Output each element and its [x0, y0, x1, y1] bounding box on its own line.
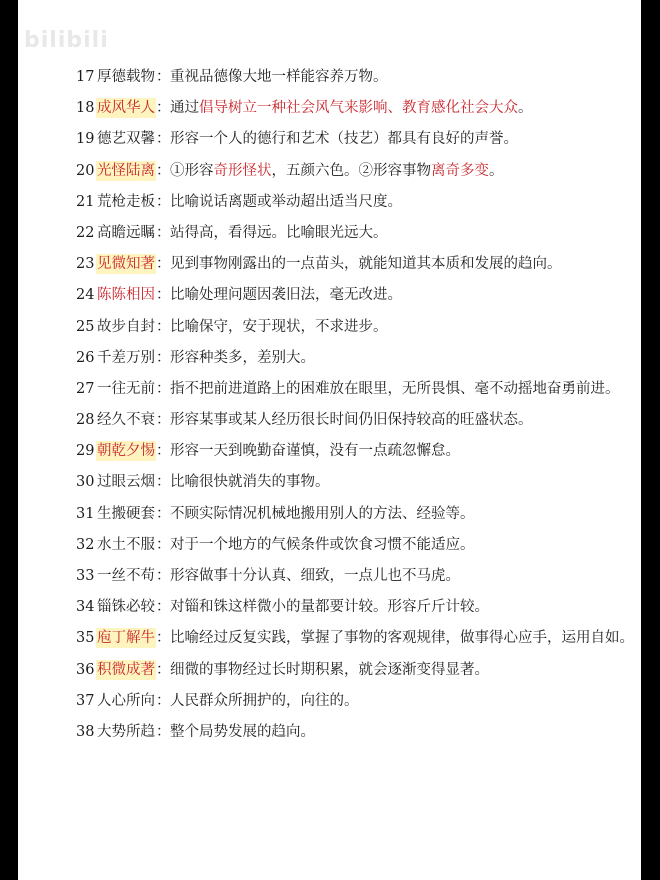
separator: ： [156, 472, 170, 492]
idiom-definition: 形容一天到晚勤奋谨慎，没有一点疏忽懈怠。 [170, 441, 636, 461]
idiom-term: 德艺双馨 [96, 129, 156, 149]
separator: ： [156, 628, 170, 648]
idiom-entry: 38大势所趋：整个局势发展的趋向。 [76, 722, 636, 742]
idiom-term: 积微成著 [96, 660, 156, 680]
separator: ： [156, 129, 170, 149]
entry-number: 36 [76, 660, 96, 680]
idiom-term: 锱铢必较 [96, 597, 156, 617]
header-watermark: bilibili [24, 28, 109, 52]
separator: ： [156, 223, 170, 243]
idiom-entry: 18成风华人：通过倡导树立一种社会风气来影响、教育感化社会大众。 [76, 98, 636, 118]
separator: ： [156, 161, 170, 181]
entry-number: 28 [76, 410, 96, 430]
entry-number: 37 [76, 691, 96, 711]
entry-number: 32 [76, 535, 96, 555]
separator: ： [156, 597, 170, 617]
entry-number: 34 [76, 597, 96, 617]
definition-text: 通过 [170, 100, 199, 116]
idiom-definition: 人民群众所拥护的，向往的。 [170, 691, 636, 711]
idiom-definition: 比喻说话离题或举动超出适当尺度。 [170, 192, 636, 212]
idiom-definition: 细微的事物经过长时期积累，就会逐渐变得显著。 [170, 660, 636, 680]
definition-text: 细微的事物经过长时期积累，就会逐渐变得显著。 [170, 662, 489, 678]
idiom-definition: 比喻保守，安于现状，不求进步。 [170, 317, 636, 337]
idiom-entry: 36积微成著：细微的事物经过长时期积累，就会逐渐变得显著。 [76, 660, 636, 680]
document-page: bilibili 17厚德载物：重视品德像大地一样能容养万物。18成风华人：通过… [18, 0, 641, 880]
emphasized-text: 倡导树立一种社会风气来影响、教育感化社会大众 [199, 100, 518, 116]
definition-text: 见到事物刚露出的一点苗头，就能知道其本质和发展的趋向。 [170, 256, 562, 272]
definition-text: 形容某事或某人经历很长时间仍旧保持较高的旺盛状态。 [170, 412, 533, 428]
definition-text: 形容种类多，差别大。 [170, 350, 315, 366]
idiom-entry: 29朝乾夕惕：形容一天到晚勤奋谨慎，没有一点疏忽懈怠。 [76, 441, 636, 461]
idiom-term: 生搬硬套 [96, 504, 156, 524]
separator: ： [156, 67, 170, 87]
idiom-definition: ①形容奇形怪状，五颜六色。②形容事物离奇多变。 [170, 161, 636, 181]
idiom-entry: 20光怪陆离：①形容奇形怪状，五颜六色。②形容事物离奇多变。 [76, 161, 636, 181]
entry-number: 35 [76, 628, 96, 648]
idiom-term: 庖丁解牛 [96, 628, 156, 648]
definition-text: ①形容 [170, 163, 214, 179]
separator: ： [156, 254, 170, 274]
idiom-definition: 形容某事或某人经历很长时间仍旧保持较高的旺盛状态。 [170, 410, 636, 430]
entry-number: 18 [76, 98, 96, 118]
separator: ： [156, 285, 170, 305]
entry-number: 17 [76, 67, 96, 87]
idiom-definition: 比喻很快就消失的事物。 [170, 472, 636, 492]
definition-text: 整个局势发展的趋向。 [170, 724, 315, 740]
definition-text: 。 [489, 163, 504, 179]
idiom-entry: 28经久不衰：形容某事或某人经历很长时间仍旧保持较高的旺盛状态。 [76, 410, 636, 430]
idiom-definition: 对锱和铢这样微小的量都要计较。形容斤斤计较。 [170, 597, 636, 617]
idiom-term: 成风华人 [96, 98, 156, 118]
idiom-entry: 34锱铢必较：对锱和铢这样微小的量都要计较。形容斤斤计较。 [76, 597, 636, 617]
definition-text: 形容一个人的德行和艺术（技艺）都具有良好的声誉。 [170, 131, 518, 147]
definition-text: 对锱和铢这样微小的量都要计较。形容斤斤计较。 [170, 599, 489, 615]
idiom-definition: 比喻处理问题因袭旧法，毫无改进。 [170, 285, 636, 305]
separator: ： [156, 348, 170, 368]
idiom-entry: 21荒枪走板：比喻说话离题或举动超出适当尺度。 [76, 192, 636, 212]
definition-text: 不顾实际情况机械地搬用别人的方法、经验等。 [170, 506, 475, 522]
separator: ： [156, 317, 170, 337]
entry-number: 24 [76, 285, 96, 305]
idiom-term: 见微知著 [96, 254, 156, 274]
idiom-term: 光怪陆离 [96, 161, 156, 181]
idiom-term: 陈陈相因 [96, 285, 156, 305]
entry-number: 29 [76, 441, 96, 461]
idiom-term: 经久不衰 [96, 410, 156, 430]
idiom-definition: 形容一个人的德行和艺术（技艺）都具有良好的声誉。 [170, 129, 636, 149]
definition-text: 形容一天到晚勤奋谨慎，没有一点疏忽懈怠。 [170, 443, 460, 459]
idiom-entry: 30过眼云烟：比喻很快就消失的事物。 [76, 472, 636, 492]
entry-number: 19 [76, 129, 96, 149]
idiom-entry: 26千差万别：形容种类多，差别大。 [76, 348, 636, 368]
entry-number: 26 [76, 348, 96, 368]
idiom-entry: 32水土不服：对于一个地方的气候条件或饮食习惯不能适应。 [76, 535, 636, 555]
idiom-definition: 指不把前进道路上的困难放在眼里，无所畏惧、毫不动摇地奋勇前进。 [170, 379, 636, 399]
idiom-definition: 整个局势发展的趋向。 [170, 722, 636, 742]
definition-text: 比喻经过反复实践，掌握了事物的客观规律，做事得心应手，运用自如。 [170, 630, 634, 646]
idiom-entry: 37人心所向：人民群众所拥护的，向往的。 [76, 691, 636, 711]
idiom-definition: 形容做事十分认真、细致，一点儿也不马虎。 [170, 566, 636, 586]
separator: ： [156, 192, 170, 212]
entry-number: 27 [76, 379, 96, 399]
idiom-term: 人心所向 [96, 691, 156, 711]
idiom-definition: 见到事物刚露出的一点苗头，就能知道其本质和发展的趋向。 [170, 254, 636, 274]
entry-number: 23 [76, 254, 96, 274]
separator: ： [156, 660, 170, 680]
separator: ： [156, 98, 170, 118]
bilibili-logo-icon: bilibili [24, 28, 109, 53]
idiom-entry: 25故步自封：比喻保守，安于现状，不求进步。 [76, 317, 636, 337]
idiom-entry: 35庖丁解牛：比喻经过反复实践，掌握了事物的客观规律，做事得心应手，运用自如。 [76, 628, 636, 648]
separator: ： [156, 379, 170, 399]
definition-text: 对于一个地方的气候条件或饮食习惯不能适应。 [170, 537, 475, 553]
idiom-entry: 33一丝不苟：形容做事十分认真、细致，一点儿也不马虎。 [76, 566, 636, 586]
idiom-entry: 17厚德载物：重视品德像大地一样能容养万物。 [76, 67, 636, 87]
idiom-entry: 23见微知著：见到事物刚露出的一点苗头，就能知道其本质和发展的趋向。 [76, 254, 636, 274]
definition-text: 比喻说话离题或举动超出适当尺度。 [170, 194, 402, 210]
entry-number: 31 [76, 504, 96, 524]
idiom-entry: 19德艺双馨：形容一个人的德行和艺术（技艺）都具有良好的声誉。 [76, 129, 636, 149]
definition-text: 人民群众所拥护的，向往的。 [170, 693, 359, 709]
idiom-definition: 通过倡导树立一种社会风气来影响、教育感化社会大众。 [170, 98, 636, 118]
separator: ： [156, 410, 170, 430]
idiom-definition: 形容种类多，差别大。 [170, 348, 636, 368]
separator: ： [156, 441, 170, 461]
definition-text: 站得高，看得远。比喻眼光远大。 [170, 225, 388, 241]
definition-text: 比喻很快就消失的事物。 [170, 474, 330, 490]
emphasized-text: 奇形怪状 [214, 163, 272, 179]
idiom-term: 一丝不苟 [96, 566, 156, 586]
idiom-definition: 重视品德像大地一样能容养万物。 [170, 67, 636, 87]
entry-number: 20 [76, 161, 96, 181]
entry-number: 33 [76, 566, 96, 586]
idiom-entry: 27一往无前：指不把前进道路上的困难放在眼里，无所畏惧、毫不动摇地奋勇前进。 [76, 379, 636, 399]
idiom-term: 故步自封 [96, 317, 156, 337]
idiom-entry: 22高瞻远瞩：站得高，看得远。比喻眼光远大。 [76, 223, 636, 243]
definition-text: 比喻处理问题因袭旧法，毫无改进。 [170, 287, 402, 303]
idiom-term: 厚德载物 [96, 67, 156, 87]
idiom-list: 17厚德载物：重视品德像大地一样能容养万物。18成风华人：通过倡导树立一种社会风… [76, 67, 636, 753]
idiom-definition: 不顾实际情况机械地搬用别人的方法、经验等。 [170, 504, 636, 524]
definition-text: ，五颜六色。②形容事物 [272, 163, 432, 179]
idiom-term: 千差万别 [96, 348, 156, 368]
entry-number: 38 [76, 722, 96, 742]
definition-text: 重视品德像大地一样能容养万物。 [170, 69, 388, 85]
idiom-definition: 对于一个地方的气候条件或饮食习惯不能适应。 [170, 535, 636, 555]
idiom-term: 高瞻远瞩 [96, 223, 156, 243]
idiom-term: 朝乾夕惕 [96, 441, 156, 461]
separator: ： [156, 566, 170, 586]
emphasized-text: 离奇多变 [431, 163, 489, 179]
entry-number: 30 [76, 472, 96, 492]
idiom-definition: 比喻经过反复实践，掌握了事物的客观规律，做事得心应手，运用自如。 [170, 628, 636, 648]
definition-text: 指不把前进道路上的困难放在眼里，无所畏惧、毫不动摇地奋勇前进。 [170, 381, 620, 397]
idiom-entry: 31生搬硬套：不顾实际情况机械地搬用别人的方法、经验等。 [76, 504, 636, 524]
entry-number: 22 [76, 223, 96, 243]
idiom-term: 一往无前 [96, 379, 156, 399]
separator: ： [156, 691, 170, 711]
definition-text: 比喻保守，安于现状，不求进步。 [170, 319, 388, 335]
idiom-entry: 24陈陈相因：比喻处理问题因袭旧法，毫无改进。 [76, 285, 636, 305]
separator: ： [156, 535, 170, 555]
definition-text: 形容做事十分认真、细致，一点儿也不马虎。 [170, 568, 460, 584]
definition-text: 。 [518, 100, 533, 116]
separator: ： [156, 722, 170, 742]
idiom-term: 大势所趋 [96, 722, 156, 742]
idiom-term: 过眼云烟 [96, 472, 156, 492]
idiom-definition: 站得高，看得远。比喻眼光远大。 [170, 223, 636, 243]
entry-number: 21 [76, 192, 96, 212]
idiom-term: 水土不服 [96, 535, 156, 555]
idiom-term: 荒枪走板 [96, 192, 156, 212]
separator: ： [156, 504, 170, 524]
entry-number: 25 [76, 317, 96, 337]
